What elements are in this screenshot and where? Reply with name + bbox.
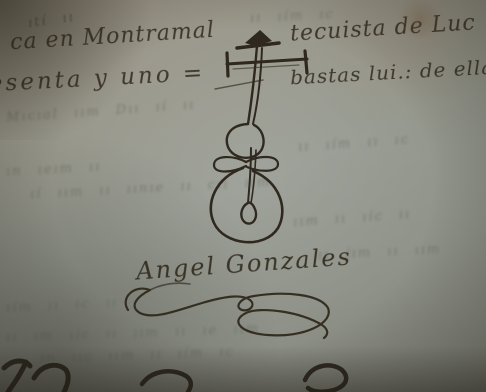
bleedthrough-line: Mıcıal ıım Dıı ıí ıı — [6, 97, 196, 125]
notarial-sign-icon — [193, 26, 315, 252]
bleedthrough-line: ıím ıı ıc ıı — [6, 295, 119, 316]
manuscript-photo: ıı ıím ıc ıtí ıı Mıcıal ıım Dıı ıí ıı ıı… — [0, 0, 486, 392]
bleedthrough-line: ın ıeım ıı — [6, 160, 102, 180]
rust-stain — [396, 0, 444, 38]
signature-rubric-icon — [118, 278, 348, 348]
manuscript-line2-right: bastas lui.: de ellas — — [290, 53, 486, 90]
manuscript-line2-left: sesenta y uno = — [0, 60, 206, 98]
cutoff-line-strokes-icon — [0, 352, 486, 392]
